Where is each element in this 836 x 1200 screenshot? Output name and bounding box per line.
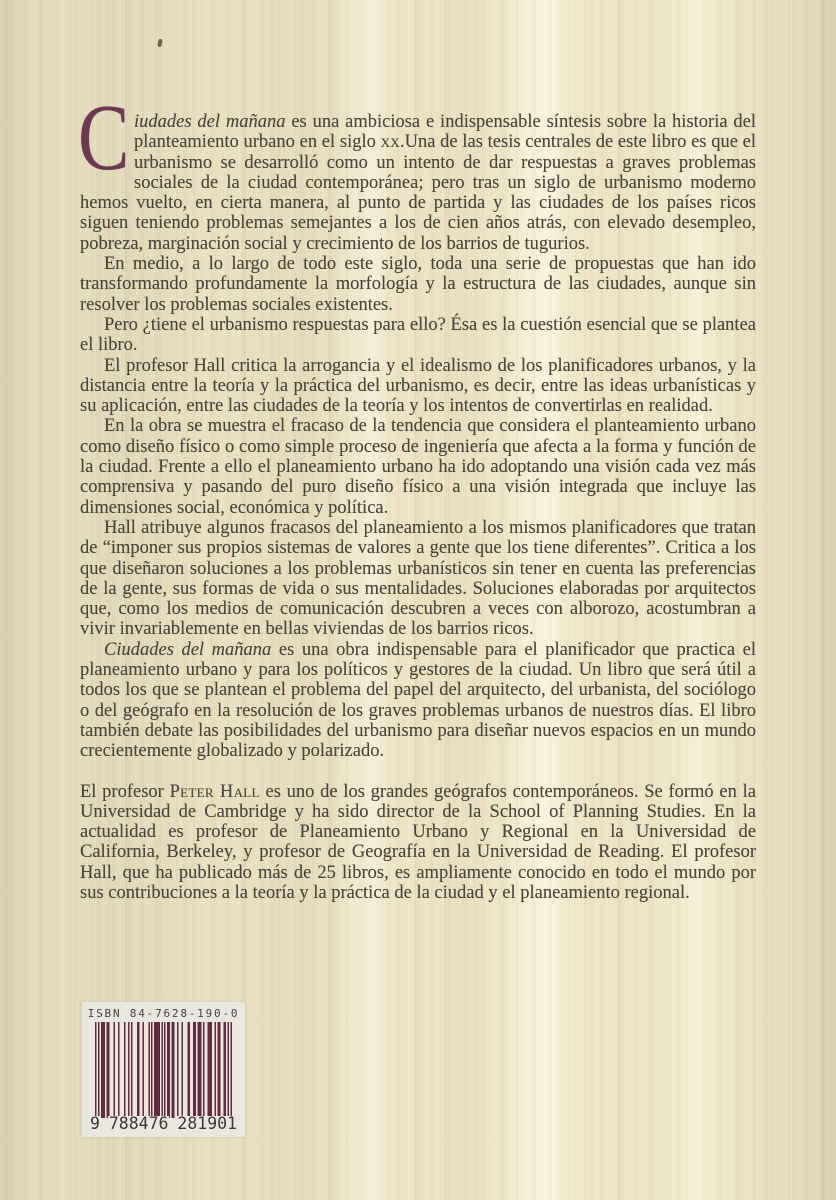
text-run: En medio, a lo largo de todo este siglo,… <box>80 254 756 315</box>
isbn-barcode-label: ISBN 84-7628-190-0 9 788476 281901 <box>82 1002 245 1137</box>
text-run: Hall atribuye algunos fracasos del plane… <box>80 518 756 639</box>
text-run: xx <box>381 132 400 152</box>
paragraph: En medio, a lo largo de todo este siglo,… <box>80 254 756 315</box>
paragraph: Hall atribuye algunos fracasos del plane… <box>80 518 756 640</box>
barcode-digits: 9 788476 281901 <box>89 1116 238 1132</box>
drop-cap: C <box>80 112 134 173</box>
scan-speck <box>157 39 163 48</box>
text-run: Pero ¿tiene el urbanismo respuestas para… <box>80 315 756 355</box>
text-run: El profesor <box>80 782 170 802</box>
author-bio-paragraph: El profesor Peter Hall es uno de los gra… <box>80 782 756 904</box>
book-back-cover-page: Ciudades del mañana es una ambiciosa e i… <box>0 0 836 1200</box>
text-run: El profesor Hall critica la arrogancia y… <box>80 356 756 417</box>
barcode-digit-group: 281901 <box>176 1116 238 1132</box>
paragraph: Pero ¿tiene el urbanismo respuestas para… <box>80 315 756 356</box>
text-run: En la obra se muestra el fracaso de la t… <box>80 416 756 517</box>
barcode-digit-group: 788476 <box>108 1116 170 1132</box>
paragraph: Ciudades del mañana es una obra indispen… <box>80 640 756 762</box>
text-run: iudades del mañana <box>134 112 285 132</box>
paragraph: En la obra se muestra el fracaso de la t… <box>80 416 756 517</box>
intro-paragraph: Ciudades del mañana es una ambiciosa e i… <box>80 112 756 254</box>
paragraph: El profesor Hall critica la arrogancia y… <box>80 356 756 417</box>
isbn-number: ISBN 84-7628-190-0 <box>82 1002 245 1020</box>
back-cover-blurb: Ciudades del mañana es una ambiciosa e i… <box>80 112 756 903</box>
text-run: Ciudades del mañana <box>104 640 271 660</box>
text-run: Peter Hall <box>170 782 260 802</box>
barcode-digit-group: 9 <box>89 1116 101 1132</box>
